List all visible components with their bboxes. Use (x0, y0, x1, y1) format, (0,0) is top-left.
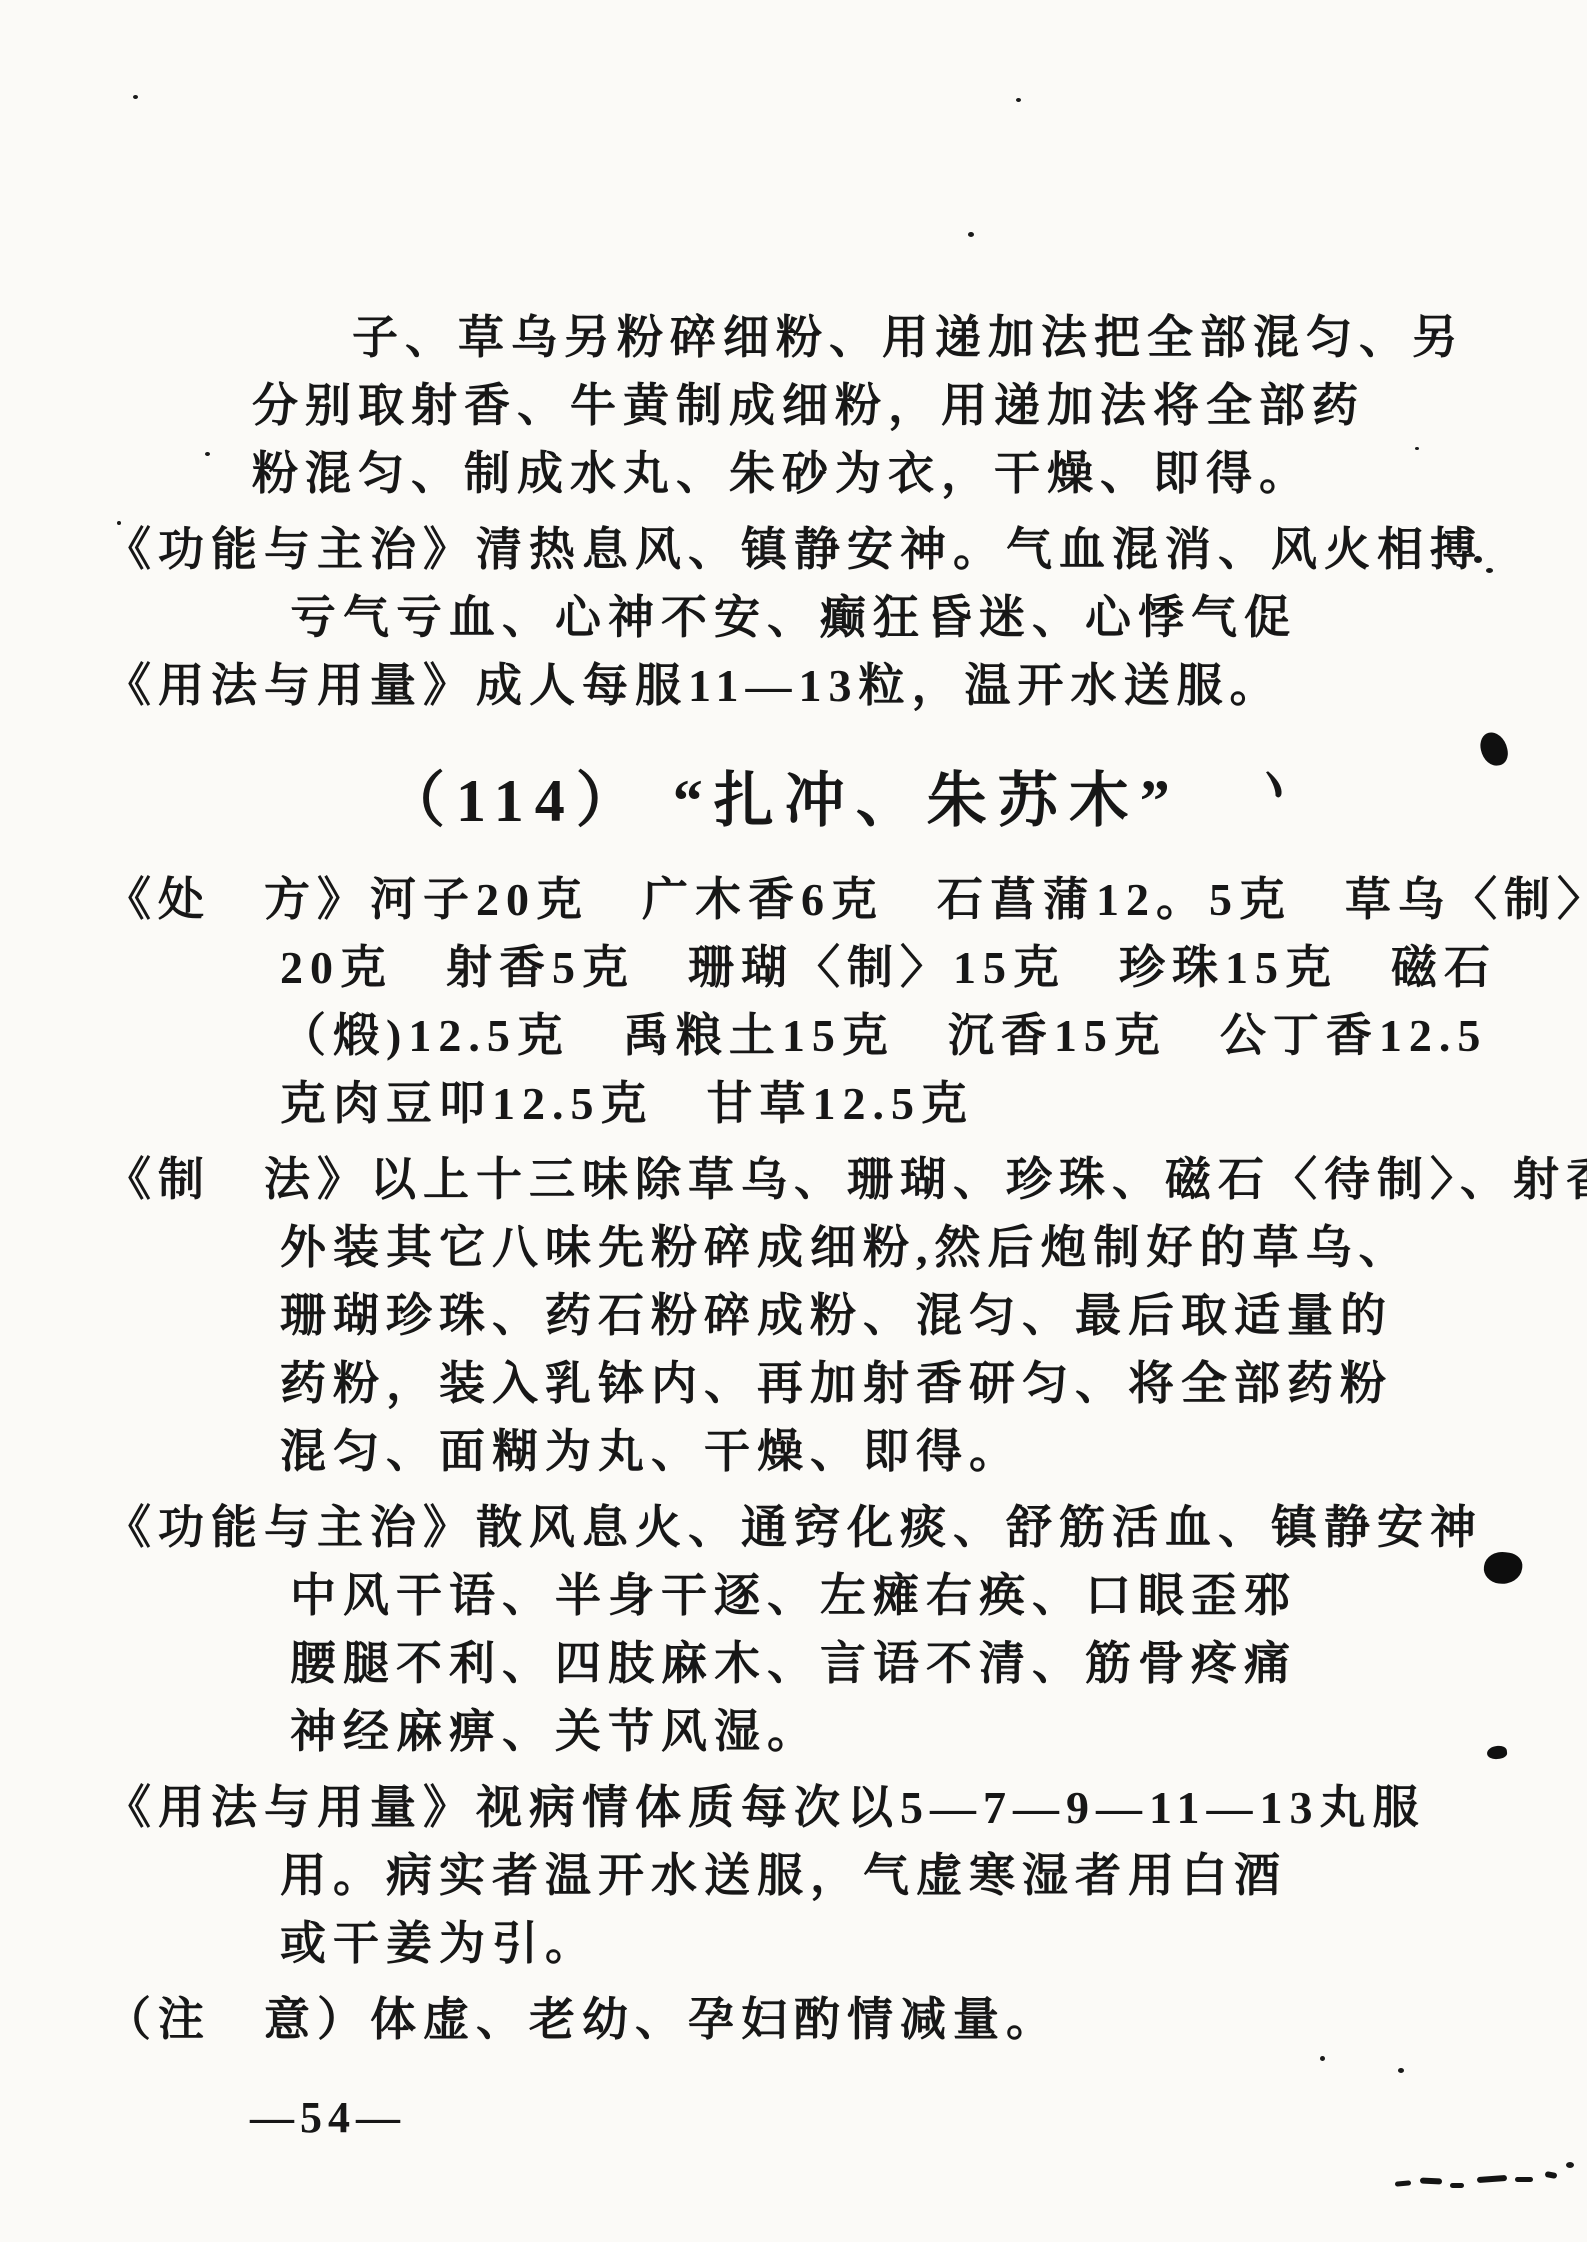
line-prescription-2: 20克 射香5克 珊瑚〈制〉15克 珍珠15克 磁石 (280, 934, 1525, 1002)
ink-speck (133, 95, 138, 99)
ink-speck (1320, 2056, 1325, 2061)
ink-speck (968, 232, 974, 237)
margin-smudge (1515, 2177, 1533, 2182)
line-prev-function-2: 亏气亏血、心神不安、癫狂昏迷、心悸气促 (290, 584, 1525, 652)
line-cont-method-3: 粉混匀、制成水丸、朱砂为衣，干燥、即得。 (252, 440, 1525, 508)
ink-speck (117, 521, 121, 525)
line-function-1: 《功能与主治》散风息火、通窍化痰、舒筋活血、镇静安神 (105, 1494, 1525, 1562)
line-note: （注 意）体虚、老幼、孕妇酌情减量。 (105, 1986, 1525, 2054)
line-cont-method-2: 分别取射香、牛黄制成细粉，用递加法将全部药 (252, 372, 1525, 440)
margin-smudge (1450, 2183, 1464, 2188)
line-prev-function: 《功能与主治》清热息风、镇静安神。气血混消、风火相搏 (105, 516, 1525, 584)
line-prescription-3: （煅)12.5克 禹粮土15克 沉香15克 公丁香12.5 (280, 1002, 1525, 1070)
line-prescription-1: 《处 方》河子20克 广木香6克 石菖蒲12。5克 草乌〈制〉 (105, 866, 1525, 934)
margin-smudge (1477, 2175, 1507, 2183)
ink-speck (1016, 98, 1021, 102)
page-number: —54— (250, 2092, 406, 2143)
line-usage-2: 用。病实者温开水送服，气虚寒湿者用白酒 (280, 1842, 1525, 1910)
ink-speck (1415, 447, 1419, 450)
margin-smudge (1545, 2171, 1558, 2179)
line-function-3: 腰腿不利、四肢麻木、言语不清、筋骨疼痛 (290, 1630, 1525, 1698)
line-method-2: 外装其它八味先粉碎成细粉,然后炮制好的草乌、 (280, 1214, 1525, 1282)
line-method-5: 混匀、面糊为丸、干燥、即得。 (280, 1418, 1525, 1486)
ink-speck (1398, 2068, 1404, 2073)
scanned-page: 子、草乌另粉碎细粉、用递加法把全部混匀、另 分别取射香、牛黄制成细粉，用递加法将… (0, 0, 1587, 2242)
line-method-4: 药粉，装入乳钵内、再加射香研匀、将全部药粉 (280, 1350, 1525, 1418)
ink-speck (1566, 2162, 1574, 2168)
line-prev-usage: 《用法与用量》成人每服11—13粒，温开水送服。 (105, 652, 1525, 720)
line-function-2: 中风干语、半身干逐、左瘫右痪、口眼歪邪 (290, 1562, 1525, 1630)
line-usage-1: 《用法与用量》视病情体质每次以5—7—9—11—13丸服 (105, 1774, 1525, 1842)
line-prescription-4: 克肉豆叩12.5克 甘草12.5克 (280, 1070, 1525, 1138)
formula-title: （114） “扎冲、朱苏木” 丶 (385, 764, 1525, 842)
stray-pen-mark: 丶 (1235, 746, 1318, 837)
line-function-4: 神经麻痹、关节风湿。 (290, 1698, 1525, 1766)
line-usage-3: 或干姜为引。 (280, 1910, 1525, 1978)
margin-smudge (1420, 2177, 1442, 2184)
margin-smudge (1395, 2180, 1411, 2186)
ink-speck (205, 452, 210, 456)
ink-speck (1486, 568, 1493, 573)
line-cont-method-1: 子、草乌另粉碎细粉、用递加法把全部混匀、另 (352, 304, 1525, 372)
line-method-3: 珊瑚珍珠、药石粉碎成粉、混匀、最后取适量的 (280, 1282, 1525, 1350)
text-block: 子、草乌另粉碎细粉、用递加法把全部混匀、另 分别取射香、牛黄制成细粉，用递加法将… (105, 304, 1525, 2054)
ink-speck (1474, 556, 1482, 563)
line-method-1: 《制 法》以上十三味除草乌、珊瑚、珍珠、磁石〈待制〉、射香 (105, 1146, 1525, 1214)
formula-title-text: （114） “扎冲、朱苏木” (385, 768, 1181, 834)
